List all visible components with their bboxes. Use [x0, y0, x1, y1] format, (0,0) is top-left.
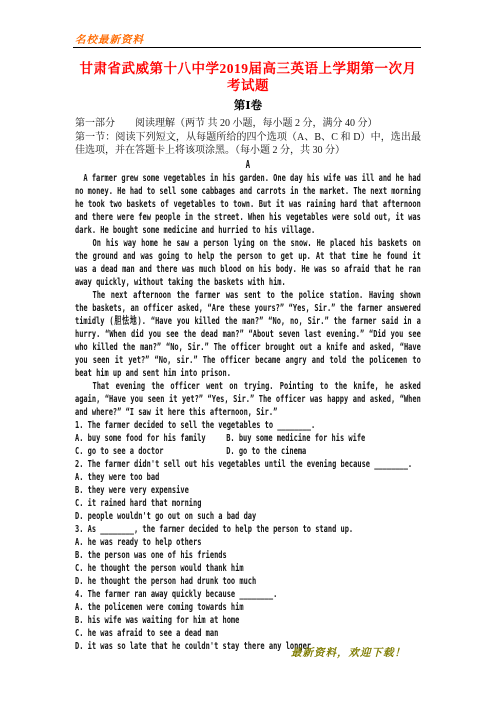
passage-paragraph-4: That evening the officer went on trying.… — [75, 380, 421, 419]
question-2-stem: 2. The farmer didn't sell out his vegeta… — [75, 458, 421, 471]
bottom-watermark-text: 最新资料，欢迎下载！ — [291, 645, 406, 660]
question-2-option-c: C. it rained hard that morning — [75, 497, 421, 510]
question-3-option-b: B. the person was one of his friends — [75, 549, 421, 562]
question-2-option-a: A. they were too bad — [75, 471, 421, 484]
question-2: 2. The farmer didn't sell out his vegeta… — [75, 458, 421, 523]
question-4-option-a: A. the policemen were coming towards him — [75, 601, 421, 614]
question-3-option-c: C. he thought the person would thank him — [75, 562, 421, 575]
question-4-option-c: C. he was afraid to see a dead man — [75, 627, 421, 640]
question-1-option-a: A. buy some food for his family — [75, 432, 226, 445]
question-4-option-b: B. his wife was waiting for him at home — [75, 614, 421, 627]
question-1: 1. The farmer decided to sell the vegeta… — [75, 419, 421, 458]
section-instruction: 第一节：阅读下列短文，从每题所给的四个选项（A、B、C 和 D）中，选出最佳选项… — [75, 131, 421, 158]
question-3-option-d: D. he thought the person had drunk too m… — [75, 575, 421, 588]
document-content: 甘肃省武威第十八中学2019届高三英语上学期第一次月考试题 第Ⅰ卷 第一部分 阅… — [75, 60, 421, 653]
question-4-stem: 4. The farmer ran away quickly because _… — [75, 588, 421, 601]
question-1-options-row-ab: A. buy some food for his family B. buy s… — [75, 432, 421, 445]
question-2-option-b: B. they were very expensive — [75, 484, 421, 497]
question-2-option-d: D. people wouldn't go out on such a bad … — [75, 510, 421, 523]
passage-label: A — [75, 158, 421, 172]
question-1-options-row-cd: C. go to see a doctor D. go to the cinem… — [75, 445, 421, 458]
question-1-option-b: B. buy some medicine for his wife — [226, 432, 365, 445]
passage-paragraph-1: A farmer grew some vegetables in his gar… — [75, 172, 421, 237]
part-heading: 第一部分 阅读理解（两节 共 20 小题，每小题 2 分，满分 40 分） — [75, 117, 421, 131]
volume-heading: 第Ⅰ卷 — [75, 100, 421, 113]
question-1-stem: 1. The farmer decided to sell the vegeta… — [75, 419, 421, 432]
exam-title: 甘肃省武威第十八中学2019届高三英语上学期第一次月考试题 — [75, 60, 421, 94]
passage-paragraph-3: The next afternoon the farmer was sent t… — [75, 289, 421, 380]
question-1-option-d: D. go to the cinema — [226, 445, 306, 458]
exam-document-page: 名校最新资料 甘肃省武威第十八中学2019届高三英语上学期第一次月考试题 第Ⅰ卷… — [0, 0, 496, 702]
question-3-stem: 3. As ________, the farmer decided to he… — [75, 523, 421, 536]
passage-paragraph-2: On his way home he saw a person lying on… — [75, 237, 421, 289]
question-4: 4. The farmer ran away quickly because _… — [75, 588, 421, 653]
top-watermark-text: 名校最新资料 — [75, 32, 144, 47]
header-rule — [73, 47, 421, 48]
question-3: 3. As ________, the farmer decided to he… — [75, 523, 421, 588]
question-3-option-a: A. he was ready to help others — [75, 536, 421, 549]
passage-and-questions: A A farmer grew some vegetables in his g… — [75, 158, 421, 653]
question-1-option-c: C. go to see a doctor — [75, 445, 226, 458]
